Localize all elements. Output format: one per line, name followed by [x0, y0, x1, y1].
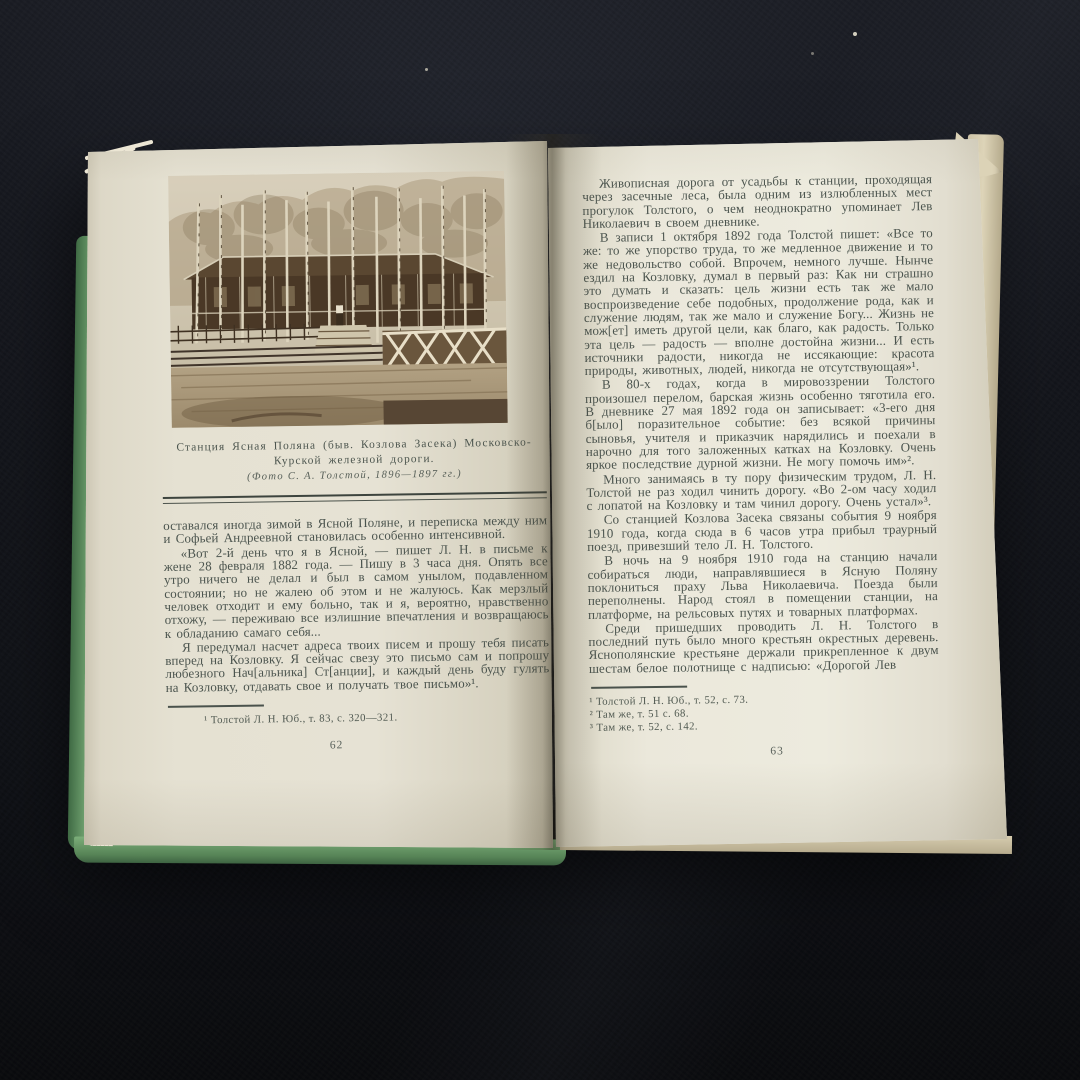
footnote: ¹ Толстой Л. Н. Юб., т. 83, с. 320—321. — [166, 709, 550, 727]
right-page-body-text: Живописная дорога от усадьбы к станции, … — [582, 172, 939, 675]
left-page: Станция Ясная Поляна (быв. Козлова Засек… — [82, 138, 554, 850]
footnote: ³ Там же, т. 52, с. 142. — [590, 717, 940, 735]
paragraph: В 80-х годах, когда в мировоззрении Толс… — [585, 374, 936, 472]
station-photo — [168, 171, 508, 428]
section-divider-rule — [163, 491, 547, 504]
paragraph: Среди пришедших проводить Л. Н. Толстого… — [588, 617, 939, 675]
photo-of-open-book: Станция Ясная Поляна (быв. Козлова Засек… — [0, 0, 1080, 1080]
dust-speck — [811, 52, 814, 55]
paragraph: Со станцией Козлова Засека связаны событ… — [587, 509, 938, 554]
paragraph: Я передумал насчет адреса твоих писем и … — [165, 635, 550, 694]
dust-speck — [425, 68, 428, 71]
paragraph: «Вот 2-й день что я в Ясной, — пишет Л. … — [164, 541, 549, 640]
left-page-body-text: оставался иногда зимой в Ясной Поляне, и… — [163, 513, 550, 694]
photo-caption: Станция Ясная Поляна (быв. Козлова Засек… — [162, 435, 546, 470]
photo-credit: (Фото С. А. Толстой, 1896—1897 гг.) — [162, 467, 546, 484]
station-photo-illustration — [168, 171, 508, 428]
footnote-rule — [591, 686, 687, 689]
footnote: ² Там же, т. 51 с. 68. — [589, 704, 939, 722]
paragraph: оставался иногда зимой в Ясной Поляне, и… — [163, 513, 547, 545]
right-page: Живописная дорога от усадьбы к станции, … — [546, 134, 1010, 848]
paragraph: В ночь на 9 ноября 1910 года на станцию … — [587, 549, 938, 620]
page-number: 63 — [602, 743, 952, 760]
paragraph: В записи 1 октября 1892 года Толстой пиш… — [583, 226, 935, 377]
page-number: 62 — [144, 736, 528, 754]
paragraph: Живописная дорога от усадьбы к станции, … — [582, 172, 933, 230]
dust-speck — [853, 32, 857, 36]
footnote-rule — [168, 705, 264, 708]
paragraph: Много занимаясь в ту пору физическим тру… — [586, 468, 937, 513]
footnote: ¹ Толстой Л. Н. Юб., т. 52, с. 73. — [589, 691, 939, 709]
